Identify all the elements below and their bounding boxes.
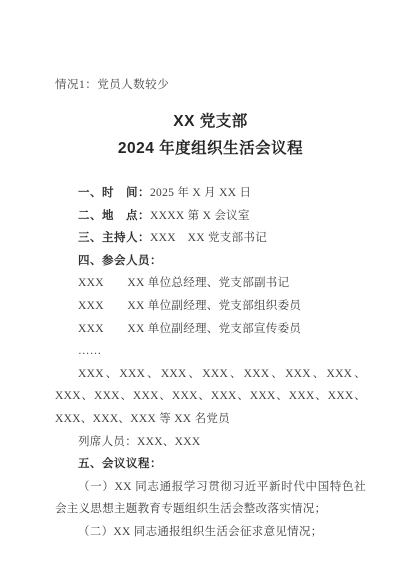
agenda-heading-label: 五、会议议程： xyxy=(78,458,162,470)
title-line-2: 2024 年度组织生活会议程 xyxy=(55,135,366,162)
meta-time-label: 一、时 间： xyxy=(78,187,150,199)
attendee-names-paragraph: XXX、XXX、XXX、XXX、XXX、XXX、XXX、XXX、XXX、XXX、… xyxy=(55,363,366,431)
meta-place: 二、地 点：XXXX 第 X 会议室 xyxy=(55,205,366,228)
title-line-1: XX 党支部 xyxy=(55,108,366,135)
meta-participants-label: 四、参会人员： xyxy=(78,255,162,267)
agenda-item: （一）XX 同志通报学习贯彻习近平新时代中国特色社会主义思想主题教育专题组织生活… xyxy=(55,476,366,521)
meta-participants-heading: 四、参会人员： xyxy=(55,250,366,273)
agenda-item: （二）XX 同志通报组织生活会征求意见情况； xyxy=(55,521,366,544)
attendee-roles-ellipsis: …… xyxy=(55,340,366,363)
meta-time-value: 2025 年 X 月 XX 日 xyxy=(150,187,251,199)
meta-host-value: XXX XX 党支部书记 xyxy=(150,232,267,244)
document-title: XX 党支部 2024 年度组织生活会议程 xyxy=(55,108,366,162)
document-body: 一、时 间：2025 年 X 月 XX 日 二、地 点：XXXX 第 X 会议室… xyxy=(55,182,366,544)
observers-line: 列席人员：XXX、XXX xyxy=(55,431,366,454)
document-page: 情况1：党员人数较少 XX 党支部 2024 年度组织生活会议程 一、时 间：2… xyxy=(0,0,410,580)
agenda-heading: 五、会议议程： xyxy=(55,453,366,476)
meta-host: 三、主持人：XXX XX 党支部书记 xyxy=(55,227,366,250)
meta-place-label: 二、地 点： xyxy=(78,210,150,222)
attendee-role-line: XXX XX 单位副经理、党支部宣传委员 xyxy=(55,318,366,341)
scenario-label: 情况1：党员人数较少 xyxy=(55,78,366,92)
attendee-role-line: XXX XX 单位副经理、党支部组织委员 xyxy=(55,295,366,318)
meta-host-label: 三、主持人： xyxy=(78,232,150,244)
meta-time: 一、时 间：2025 年 X 月 XX 日 xyxy=(55,182,366,205)
attendee-role-line: XXX XX 单位总经理、党支部副书记 xyxy=(55,272,366,295)
meta-place-value: XXXX 第 X 会议室 xyxy=(150,210,250,222)
document-content: 情况1：党员人数较少 XX 党支部 2024 年度组织生活会议程 一、时 间：2… xyxy=(0,0,410,544)
